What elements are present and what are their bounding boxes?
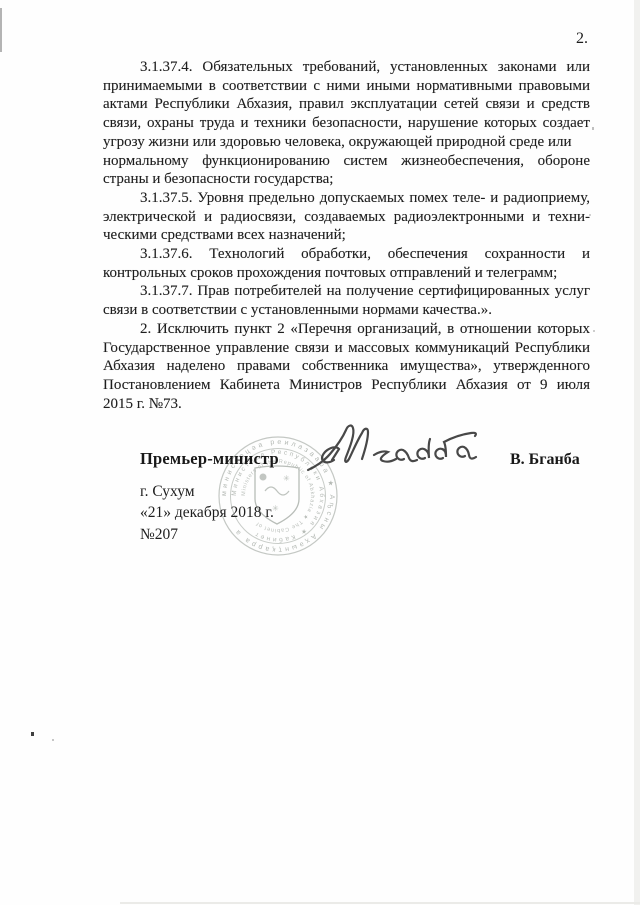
- text-line: электрической и радиосвязи, создаваемых …: [103, 208, 590, 227]
- text-line: угрозу жизни или здоровью человека, окру…: [103, 133, 590, 152]
- text-line: 2. Исключить пункт 2 «Перечня организаци…: [103, 320, 590, 339]
- paragraph: 2. Исключить пункт 2 «Перечня организаци…: [103, 320, 590, 414]
- paragraph: 3.1.37.5. Уровня предельно допускаемых п…: [103, 189, 590, 245]
- scan-edge-artifact-left: [0, 8, 2, 52]
- text-line: контрольных сроков прохождения почтовых …: [103, 264, 590, 283]
- text-line: принимаемыми в соответствии с ними иными…: [103, 77, 590, 96]
- signer-name: В. Бганба: [510, 451, 580, 469]
- text-line: ческими средствами всех назначений;: [103, 226, 590, 245]
- text-line: 3.1.37.5. Уровня предельно допускаемых п…: [103, 189, 590, 208]
- paragraph: 3.1.37.6. Технологий обработки, обеспече…: [103, 245, 590, 282]
- text-line: 3.1.37.4. Обязательных требований, устан…: [103, 58, 590, 77]
- scan-edge-shading-right: [634, 0, 640, 905]
- document-body: 3.1.37.4. Обязательных требований, устан…: [103, 58, 590, 413]
- paragraph: 3.1.37.4. Обязательных требований, устан…: [103, 58, 590, 189]
- signature-date: «21» декабря 2018 г.: [140, 504, 274, 522]
- page-number: 2.: [576, 30, 588, 48]
- text-line: 3.1.37.6. Технологий обработки, обеспече…: [103, 245, 590, 264]
- handwritten-signature: [300, 416, 485, 476]
- text-line: связи, охраны труда и техники безопаснос…: [103, 114, 590, 133]
- scanned-document-page: 2. министрцәа реилазаара ★ Аҧсны Аҳәынҭқ…: [0, 0, 640, 905]
- scan-speck: [589, 214, 591, 216]
- scan-edge-shading-bottom: [120, 902, 640, 904]
- signer-title: Премьер-министр: [140, 449, 279, 469]
- scan-speck: [593, 330, 595, 332]
- text-line: актами Республики Абхазия, правил эксплу…: [103, 95, 590, 114]
- document-number: №207: [140, 526, 178, 544]
- scan-speck: [52, 739, 54, 741]
- text-line: Государственное управление связи и массо…: [103, 339, 590, 358]
- scan-speck: [592, 127, 594, 130]
- text-line: Постановлением Кабинета Министров Респуб…: [103, 376, 590, 395]
- text-line: страны и безопасности государства;: [103, 170, 590, 189]
- paragraph: 3.1.37.7. Прав потребителей на получение…: [103, 282, 590, 319]
- scan-speck: [31, 732, 34, 736]
- svg-text:✳: ✳: [283, 474, 290, 483]
- signature-city: г. Сухум: [140, 483, 195, 501]
- text-line: связи в соответствии с установленными но…: [103, 301, 590, 320]
- text-line: 3.1.37.7. Прав потребителей на получение…: [103, 282, 590, 301]
- text-line: Абхазия наделено правами собственника им…: [103, 357, 590, 376]
- text-line: нормальному функционированию систем жизн…: [103, 152, 590, 171]
- text-line: 2015 г. №73.: [103, 395, 590, 414]
